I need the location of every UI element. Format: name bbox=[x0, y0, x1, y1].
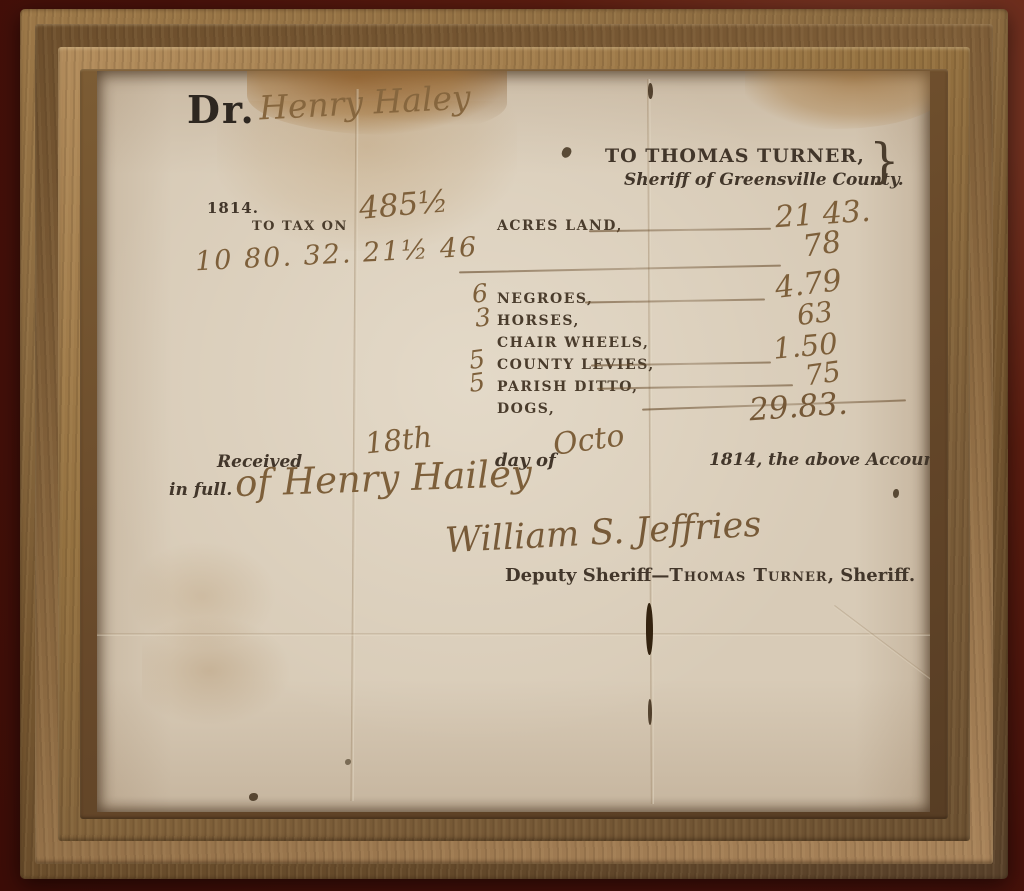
ink-speck bbox=[249, 793, 258, 801]
officials-line: Deputy Sheriff—Thomas Turner, Sheriff. bbox=[505, 565, 915, 586]
officials-suffix: , Sheriff. bbox=[828, 565, 915, 586]
debtor-name-handwritten: Henry Haley bbox=[258, 77, 471, 127]
ink-speck bbox=[893, 489, 899, 498]
fold-crease-horizontal bbox=[97, 633, 930, 636]
paper-stain-mid-left bbox=[127, 541, 277, 651]
photo-background: Dr. Henry Haley TO THOMAS TURNER, Sherif… bbox=[0, 0, 1024, 891]
item-qty-horses: 3 bbox=[474, 302, 493, 333]
ink-speck bbox=[560, 146, 572, 159]
item-label-dogs: DOGS, bbox=[497, 401, 555, 417]
paper-tear-top bbox=[648, 83, 653, 99]
payee-subtitle: Sheriff of Greensville County. bbox=[624, 170, 904, 190]
tax-on-value-handwritten: 485½ bbox=[358, 183, 450, 227]
paper-tear-lower bbox=[648, 699, 652, 725]
received-day-handwritten: 18th bbox=[363, 420, 433, 461]
item-label-chair-wheels: CHAIR WHEELS, bbox=[497, 335, 649, 351]
rule-negroes bbox=[585, 298, 765, 303]
paper-stain-bottom-left bbox=[142, 616, 292, 726]
payer-handwritten: of Henry Hailey bbox=[234, 452, 532, 505]
deputy-signature: William S. Jeffries bbox=[444, 505, 762, 562]
debtor-prefix: Dr. bbox=[187, 87, 256, 132]
document-paper: Dr. Henry Haley TO THOMAS TURNER, Sherif… bbox=[97, 71, 930, 812]
total-value: 29.83. bbox=[748, 386, 849, 429]
picture-frame: Dr. Henry Haley TO THOMAS TURNER, Sherif… bbox=[20, 9, 1008, 879]
paper-stain-top-right bbox=[745, 71, 930, 129]
tax-on-label: TO TAX ON bbox=[252, 219, 348, 234]
payee-line: TO THOMAS TURNER, bbox=[605, 145, 865, 167]
payee-brace: } bbox=[869, 133, 900, 189]
in-full-label: in full. bbox=[169, 480, 232, 500]
year-account-label: 1814, the above Account bbox=[709, 450, 930, 470]
officials-name: Thomas Turner bbox=[669, 565, 827, 586]
assessment-note-handwritten: 10 80. 32. 21½ 46 bbox=[194, 232, 479, 278]
item-label-horses: HORSES, bbox=[497, 313, 580, 329]
crease-bottom-right bbox=[834, 605, 930, 709]
item-value-second-row: 78 bbox=[801, 225, 844, 265]
item-label-negroes: NEGROES, bbox=[497, 291, 593, 307]
ink-speck bbox=[345, 759, 351, 765]
year-label: 1814. bbox=[207, 199, 259, 217]
received-month-handwritten: Octo bbox=[551, 418, 627, 463]
paper-tear-center bbox=[646, 603, 653, 655]
officials-prefix: Deputy Sheriff— bbox=[505, 565, 669, 586]
rule-second-row bbox=[459, 265, 781, 274]
